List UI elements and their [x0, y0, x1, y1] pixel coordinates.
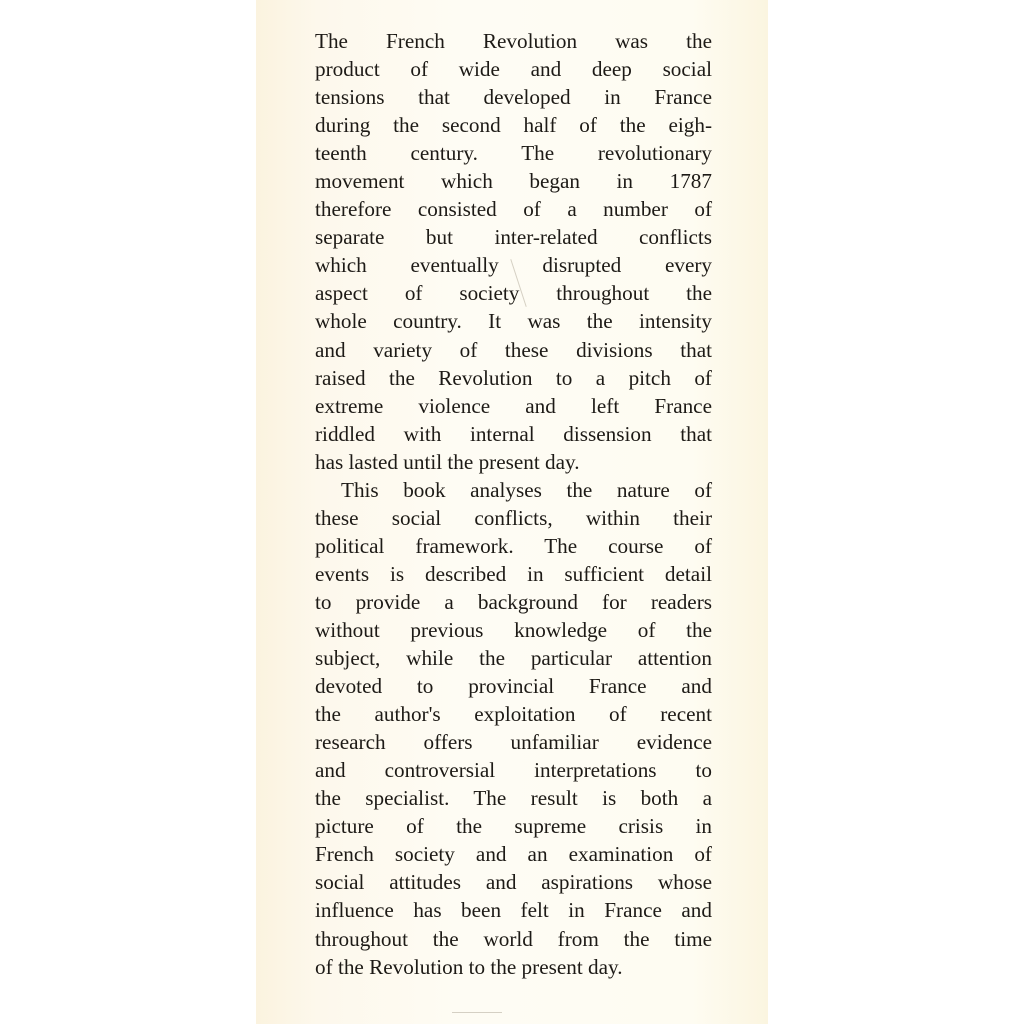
blurb-text: The French Revolution was the product of…	[315, 27, 712, 981]
text-line: events is described in sufficient detail	[315, 560, 712, 588]
text-line: teenth century. The revolutionary	[315, 139, 712, 167]
text-line: and controversial interpretations to	[315, 756, 712, 784]
text-line: influence has been felt in France and	[315, 896, 712, 924]
text-line: and variety of these divisions that	[315, 336, 712, 364]
text-line: The French Revolution was the	[315, 27, 712, 55]
text-line: political framework. The course of	[315, 532, 712, 560]
text-line: product of wide and deep social	[315, 55, 712, 83]
text-line: subject, while the particular attention	[315, 644, 712, 672]
text-line: picture of the supreme crisis in	[315, 812, 712, 840]
paragraph-2: This book analyses the nature of these s…	[315, 476, 712, 981]
text-line: tensions that developed in France	[315, 83, 712, 111]
text-line: raised the Revolution to a pitch of	[315, 364, 712, 392]
text-line: the author's exploitation of recent	[315, 700, 712, 728]
text-line: the specialist. The result is both a	[315, 784, 712, 812]
text-line: these social conflicts, within their	[315, 504, 712, 532]
text-line: has lasted until the present day.	[315, 448, 712, 476]
text-line: without previous knowledge of the	[315, 616, 712, 644]
text-line: extreme violence and left France	[315, 392, 712, 420]
text-line: movement which began in 1787	[315, 167, 712, 195]
text-line: therefore consisted of a number of	[315, 195, 712, 223]
text-line: throughout the world from the time	[315, 925, 712, 953]
text-line: aspect of society throughout the	[315, 279, 712, 307]
text-line: to provide a background for readers	[315, 588, 712, 616]
text-line: social attitudes and aspirations whose	[315, 868, 712, 896]
text-line: research offers unfamiliar evidence	[315, 728, 712, 756]
text-line: whole country. It was the intensity	[315, 307, 712, 335]
book-page: The French Revolution was the product of…	[256, 0, 768, 1024]
text-line: separate but inter-related conflicts	[315, 223, 712, 251]
text-line: This book analyses the nature of	[315, 476, 712, 504]
text-line: during the second half of the eigh-	[315, 111, 712, 139]
paragraph-1: The French Revolution was the product of…	[315, 27, 712, 476]
text-line: riddled with internal dissension that	[315, 420, 712, 448]
paper-scratch	[452, 1012, 502, 1013]
text-line: French society and an examination of	[315, 840, 712, 868]
text-line: devoted to provincial France and	[315, 672, 712, 700]
text-line: of the Revolution to the present day.	[315, 953, 712, 981]
